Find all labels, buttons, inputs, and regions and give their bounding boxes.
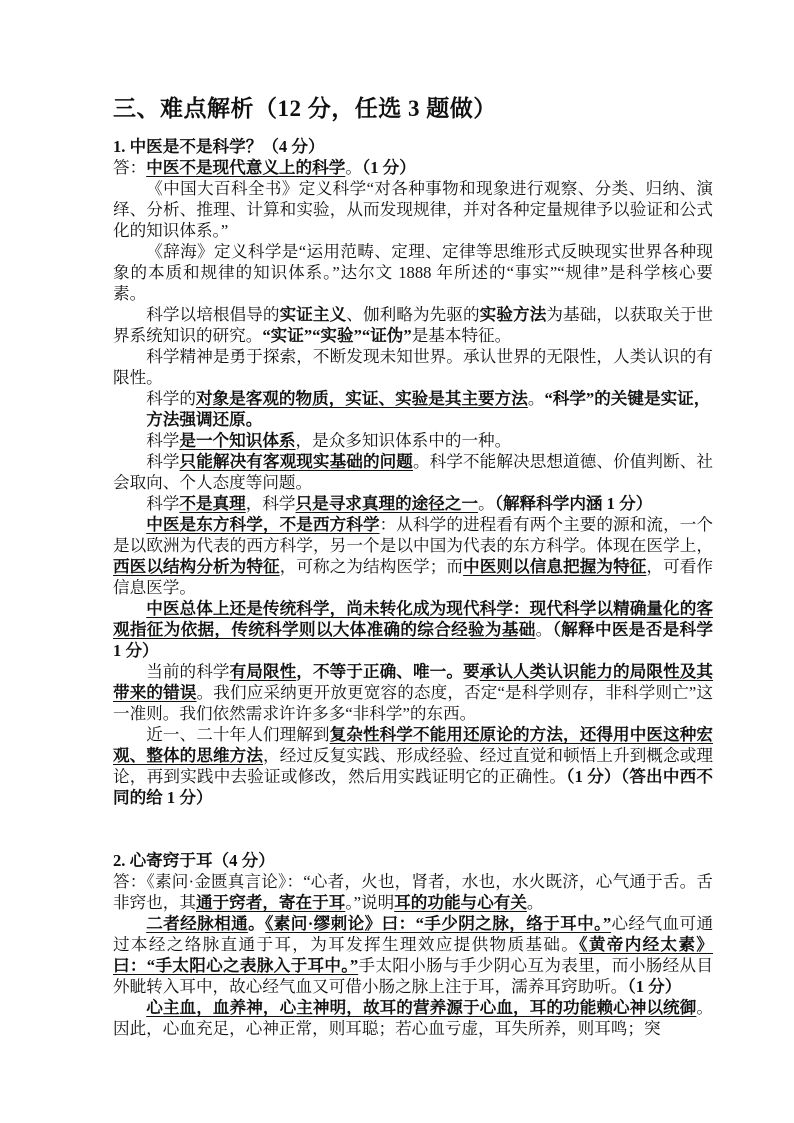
document-body: 1. 中医是不是科学？（4 分）答：中医不是现代意义上的科学。（1 分）《中国大… <box>113 136 713 1039</box>
paragraph: 近一、二十年人们理解到复杂性科学不能用还原论的方法，还得用中医这种宏观、整体的思… <box>113 724 713 808</box>
text-run: 不是真理 <box>179 494 245 513</box>
text-run: 有局限性 <box>230 662 297 681</box>
text-run: 、伽利略为先驱的 <box>346 305 479 324</box>
text-run: 。 <box>345 158 362 177</box>
text-run: ，可称之为结构医学；而 <box>280 557 463 576</box>
paragraph: 中医总体上还是传统科学，尚未转化成为现代科学：现代科学以精确量化的客观指征为依据… <box>113 598 713 661</box>
document-content: 三、难点解析（12 分，任选 3 题做） 1. 中医是不是科学？（4 分）答：中… <box>113 92 713 1039</box>
text-run: 中医则以信息把握为特征 <box>463 557 646 576</box>
paragraph: 当前的科学有局限性，不等于正确、唯一。要承认人类认识能力的局限性及其带来的错误。… <box>113 661 713 724</box>
paragraph: 科学不是真理，科学只是寻求真理的途径之一。（解释科学内涵 1 分） <box>113 493 713 514</box>
text-run: “实证”“实验”“证伪” <box>262 326 411 345</box>
text-run: 是一个知识体系 <box>179 431 295 450</box>
text-run: 中医是东方科学，不是西方科学 <box>146 515 379 534</box>
document-page: 三、难点解析（12 分，任选 3 题做） 1. 中医是不是科学？（4 分）答：中… <box>0 0 794 1123</box>
paragraph: 科学以培根倡导的实证主义、伽利略为先驱的实验方法为基础，以获取关于世界系统知识的… <box>113 304 713 346</box>
text-run: 《辞海》定义科学是“运用范畴、定理、定律等思维形式反映现实世界各种现象的本质和规… <box>113 242 713 303</box>
paragraph: 中医是东方科学，不是西方科学：从科学的进程看有两个主要的源和流，一个是以欧洲为代… <box>113 514 713 598</box>
text-run: 近一、二十年人们理解到 <box>146 725 329 744</box>
text-run: ，不等于正确、唯一。要 <box>296 662 479 681</box>
text-run: 通于窍者，寄在于耳 <box>196 893 345 912</box>
paragraph: 科学的对象是客观的物质，实证、实验是其主要方法。“科学”的关键是实证， <box>113 388 713 409</box>
text-run: 。 <box>536 620 553 639</box>
paragraph: 《中国大百科全书》定义科学“对各种事物和现象进行观察、分类、归纳、演绎、分析、推… <box>113 178 713 241</box>
text-run: 2. 心寄窍于耳（4 分） <box>113 851 275 870</box>
text-run: 。 <box>527 893 544 912</box>
paragraph: 方法强调还原。 <box>113 409 713 430</box>
text-run: “科学”的关键是实证， <box>544 389 710 408</box>
text-run: 西医以结构分析为特征 <box>113 557 280 576</box>
text-run: 《素问·缪刺论》曰：“手少阴之脉，络于耳中。” <box>265 914 611 933</box>
text-run: 只是寻求真理的途径之一 <box>296 494 479 513</box>
paragraph: 答：《素问·金匮真言论》：“心者，火也，肾者，水也，水火既济，心气通于舌。舌非窍… <box>113 871 713 913</box>
text-run: 方法强调还原。 <box>146 410 262 429</box>
text-run: 。 <box>248 914 265 933</box>
paragraph: 二者经脉相通。《素问·缪刺论》曰：“手少阴之脉，络于耳中。”心经气血可通过本经之… <box>113 913 713 997</box>
text-run: 。 <box>478 494 495 513</box>
paragraph: 答：中医不是现代意义上的科学。（1 分） <box>113 157 713 178</box>
text-run: 耳的功能与心有关 <box>394 893 527 912</box>
text-run: 科学精神是勇于探索，不断发现未知世界。承认世界的无限性，人类认识的有限性。 <box>113 347 713 387</box>
text-run: 心主血，血养神，心主神明，故耳的营养源于心血，耳的功能赖心神以统御 <box>146 998 696 1017</box>
text-run: 《中国大百科全书》定义科学“对各种事物和现象进行观察、分类、归纳、演绎、分析、推… <box>113 179 713 240</box>
text-run: 科学的 <box>146 389 196 408</box>
text-run: （1 分） <box>362 158 416 177</box>
text-run: （解释科学内涵 1 分） <box>495 494 653 513</box>
page-title: 三、难点解析（12 分，任选 3 题做） <box>113 92 713 126</box>
paragraph: 科学只能解决有客观现实基础的问题。科学不能解决思想道德、价值判断、社会取向、个人… <box>113 451 713 493</box>
paragraph: 《辞海》定义科学是“运用范畴、定理、定律等思维形式反映现实世界各种现象的本质和规… <box>113 241 713 304</box>
text-run: 科学以培根倡导的 <box>146 305 279 324</box>
paragraph: 心主血，血养神，心主神明，故耳的营养源于心血，耳的功能赖心神以统御。因此，心血充… <box>113 997 713 1039</box>
text-run: ，科学 <box>246 494 296 513</box>
text-run: 是基本特征。 <box>412 326 512 345</box>
text-run: 当前的科学 <box>146 662 229 681</box>
text-run: 答： <box>113 158 146 177</box>
text-run: 1. 中医是不是科学？（4 分） <box>113 137 325 156</box>
text-run: 二者经脉相通 <box>146 914 248 933</box>
text-run: 只能解决有客观现实基础的问题 <box>180 452 413 471</box>
question-heading: 2. 心寄窍于耳（4 分） <box>113 850 713 871</box>
text-run: 。 <box>528 389 545 408</box>
text-run: （1 分） <box>627 977 681 996</box>
text-run: 科学 <box>146 494 179 513</box>
text-run: 对象是客观的物质，实证、实验是其主要方法 <box>196 389 528 408</box>
text-run: 。我们应采纳更开放更宽容的态度，否定“是科学则存，非科学则亡”这一准则。我们依然… <box>113 683 713 723</box>
text-run: 实证主义 <box>280 305 347 324</box>
question-heading: 1. 中医是不是科学？（4 分） <box>113 136 713 157</box>
text-run: 。”说明 <box>345 893 394 912</box>
text-run: 科学 <box>146 431 179 450</box>
paragraph: 科学精神是勇于探索，不断发现未知世界。承认世界的无限性，人类认识的有限性。 <box>113 346 713 388</box>
text-run: ，是众多知识体系中的一种。 <box>296 431 512 450</box>
text-run: 中医不是现代意义上的科学 <box>146 158 345 177</box>
text-run: 科学 <box>146 452 179 471</box>
text-run: 实验方法 <box>480 305 547 324</box>
paragraph: 科学是一个知识体系，是众多知识体系中的一种。 <box>113 430 713 451</box>
